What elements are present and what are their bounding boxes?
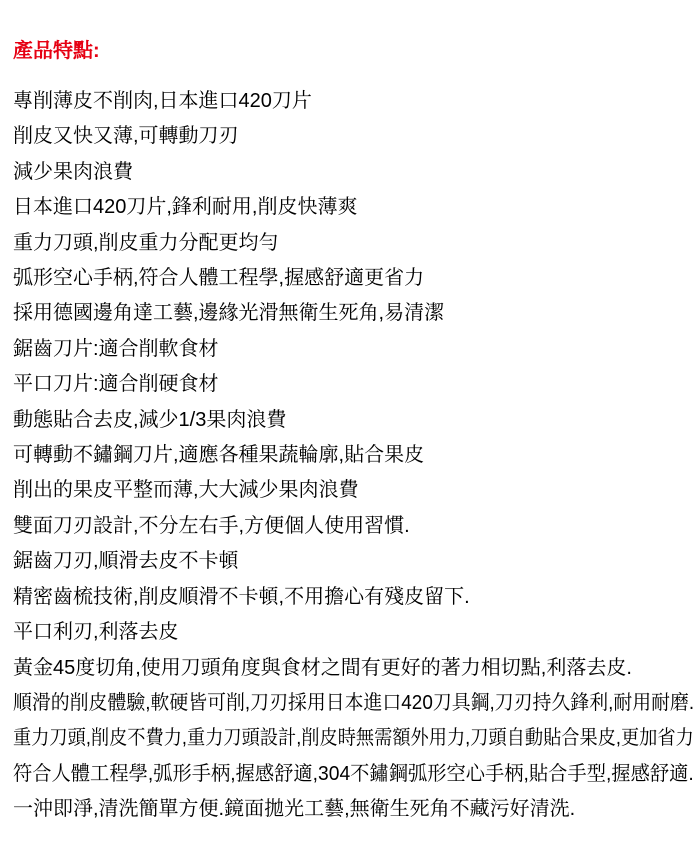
feature-line: 日本進口420刀片,鋒利耐用,削皮快薄爽 [13,190,694,225]
feature-line: 雙面刀刃設計,不分左右手,方便個人使用習慣. [13,509,694,544]
feature-line: 鋸齒刀刃,順滑去皮不卡頓 [13,544,694,579]
feature-line: 一沖即淨,清洗簡單方便.鏡面拋光工藝,無衛生死角不藏污好清洗. [13,792,694,827]
feature-line: 重力刀頭,削皮重力分配更均勻 [13,226,694,261]
feature-line: 減少果肉浪費 [13,155,694,190]
feature-line: 削出的果皮平整而薄,大大減少果肉浪費 [13,473,694,508]
feature-line: 鋸齒刀片:適合削軟食材 [13,332,694,367]
feature-line: 重力刀頭,削皮不費力,重力刀頭設計,削皮時無需額外用力,刀頭自動貼合果皮,更加省… [13,721,633,756]
feature-line: 可轉動不鏽鋼刀片,適應各種果蔬輪廓,貼合果皮 [13,438,694,473]
page-title: 產品特點: [13,40,694,62]
feature-list: 專削薄皮不削肉,日本進口420刀片 削皮又快又薄,可轉動刀刃 減少果肉浪費 日本… [13,84,694,828]
feature-line: 削皮又快又薄,可轉動刀刃 [13,119,694,154]
feature-line: 精密齒梳技術,削皮順滑不卡頓,不用擔心有殘皮留下. [13,580,694,615]
feature-line: 平口刀片:適合削硬食材 [13,367,694,402]
feature-line: 符合人體工程學,弧形手柄,握感舒適,304不鏽鋼弧形空心手柄,貼合手型,握感舒適… [13,757,669,792]
feature-line: 動態貼合去皮,減少1/3果肉浪費 [13,403,694,438]
product-description-page: 產品特點: 專削薄皮不削肉,日本進口420刀片 削皮又快又薄,可轉動刀刃 減少果… [0,0,700,858]
feature-line: 專削薄皮不削肉,日本進口420刀片 [13,84,694,119]
feature-line: 黃金45度切角,使用刀頭角度與食材之間有更好的著力相切點,利落去皮. [13,651,694,686]
feature-line: 順滑的削皮體驗,軟硬皆可削,刀刃採用日本進口420刀具鋼,刀刃持久鋒利,耐用耐磨… [13,686,656,721]
feature-line: 弧形空心手柄,符合人體工程學,握感舒適更省力 [13,261,694,296]
feature-line: 採用德國邊角達工藝,邊緣光滑無衛生死角,易清潔 [13,296,694,331]
feature-line: 平口利刃,利落去皮 [13,615,694,650]
